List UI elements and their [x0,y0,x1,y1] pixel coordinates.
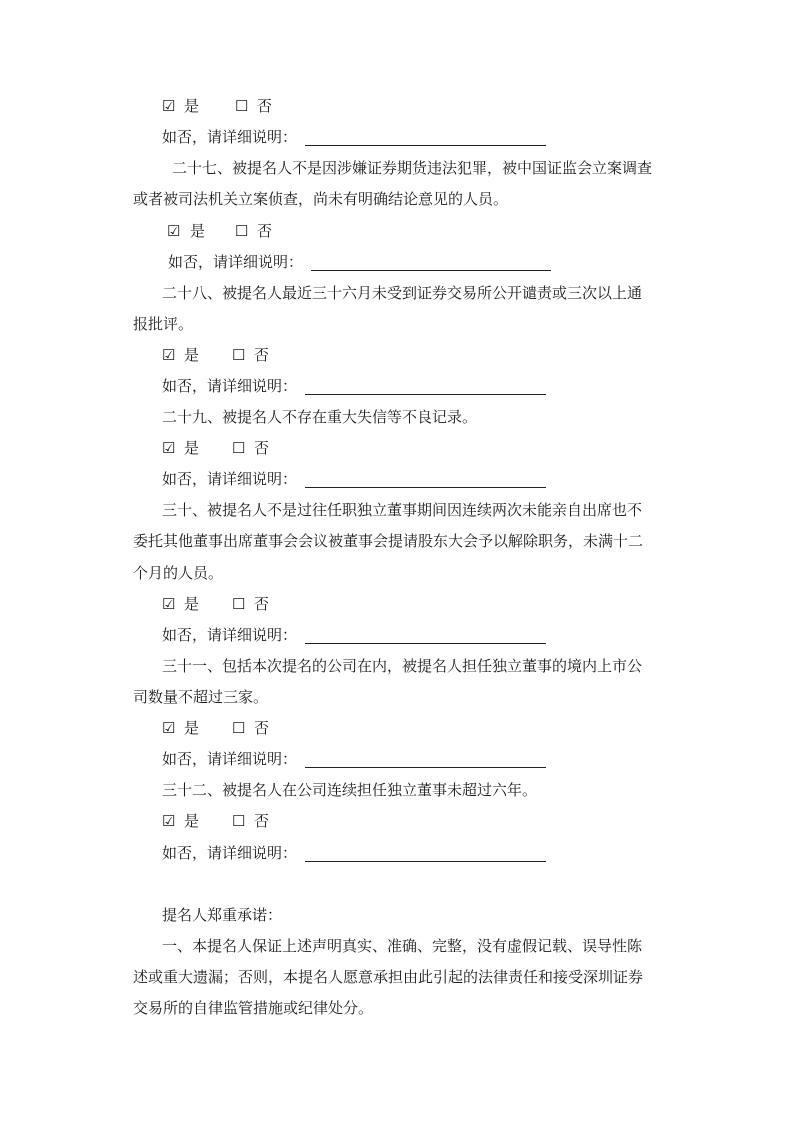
no-checkbox-29[interactable]: ☐ [232,438,245,458]
item-27-line-1: 二十七、被提名人不是因涉嫌证券期货违法犯罪，被中国证监会立案调查 [172,158,652,178]
yes-checkbox-30[interactable]: ☑ [162,594,175,614]
yes-label-30: 是 [184,594,199,614]
explain-field-28[interactable] [305,394,546,395]
no-label-27: 否 [257,221,272,241]
explain-field-29[interactable] [305,487,546,488]
yes-checkbox-27[interactable]: ☑ [167,221,180,241]
no-checkbox-28[interactable]: ☐ [232,345,245,365]
no-checkbox-27[interactable]: ☐ [235,221,248,241]
yes-label-32: 是 [184,811,199,831]
yes-checkbox-31[interactable]: ☑ [162,718,175,738]
item-29-line-1: 二十九、被提名人不存在重大失信等不良记录。 [162,407,477,427]
item-31-line-2: 司数量不超过三家。 [133,687,268,707]
no-label-31: 否 [254,718,269,738]
yes-label-31: 是 [184,718,199,738]
no-checkbox-30[interactable]: ☐ [232,594,245,614]
no-checkbox-31[interactable]: ☐ [232,718,245,738]
item-32-line-1: 三十二、被提名人在公司连续担任独立董事未超过六年。 [162,780,537,800]
yes-label-28: 是 [184,345,199,365]
pledge-line-1: 一、本提名人保证上述声明真实、准确、完整，没有虚假记载、误导性陈 [162,936,642,956]
item-28-line-2: 报批评。 [133,314,193,334]
no-checkbox-26[interactable]: ☐ [235,96,248,116]
no-label-29: 否 [254,438,269,458]
pledge-line-3: 交易所的自律监管措施或纪律处分。 [133,998,373,1018]
item-28-line-1: 二十八、被提名人最近三十六月未受到证券交易所公开谴责或三次以上通 [162,283,642,303]
explain-label-29: 如否，请详细说明： [162,469,297,489]
no-label-32: 否 [254,811,269,831]
explain-field-32[interactable] [305,861,546,862]
explain-field-26[interactable] [305,145,546,146]
explain-field-27[interactable] [311,270,551,271]
yes-label-27: 是 [190,221,205,241]
yes-label-29: 是 [184,438,199,458]
pledge-line-2: 述或重大遗漏；否则，本提名人愿意承担由此引起的法律责任和接受深圳证券 [133,967,643,987]
explain-label-31: 如否，请详细说明： [162,749,297,769]
yes-checkbox-32[interactable]: ☑ [162,811,175,831]
item-30-line-3: 个月的人员。 [133,563,223,583]
no-label-28: 否 [254,345,269,365]
explain-label-32: 如否，请详细说明： [162,843,297,863]
no-checkbox-32[interactable]: ☐ [232,811,245,831]
yes-checkbox-29[interactable]: ☑ [162,438,175,458]
item-27-line-2: 或者被司法机关立案侦查，尚未有明确结论意见的人员。 [133,189,508,209]
explain-label-27: 如否，请详细说明： [168,252,303,272]
yes-label-26: 是 [184,96,199,116]
yes-checkbox-28[interactable]: ☑ [162,345,175,365]
no-label-30: 否 [254,594,269,614]
item-30-line-1: 三十、被提名人不是过往任职独立董事期间因连续两次未能亲自出席也不 [162,500,642,520]
item-31-line-1: 三十一、包括本次提名的公司在内，被提名人担任独立董事的境内上市公 [162,656,642,676]
yes-checkbox-26[interactable]: ☑ [162,96,175,116]
no-label-26: 否 [257,96,272,116]
explain-label-30: 如否，请详细说明： [162,625,297,645]
explain-field-31[interactable] [305,767,546,768]
pledge-title: 提名人郑重承诺： [162,905,282,925]
explain-label-28: 如否，请详细说明： [162,376,297,396]
explain-label-26: 如否，请详细说明： [162,127,297,147]
item-30-line-2: 委托其他董事出席董事会会议被董事会提请股东大会予以解除职务，未满十二 [133,531,643,551]
explain-field-30[interactable] [305,643,546,644]
